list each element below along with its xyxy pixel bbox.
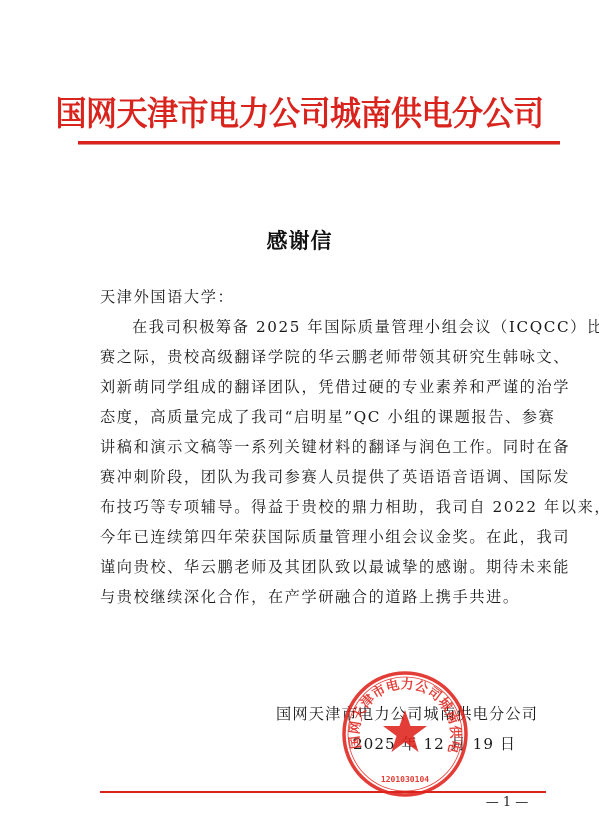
body-line: 在我司积极筹备 2025 年国际质量管理小组会议（ICQCC）比 [100, 312, 542, 342]
seal-code: 1201030104 [381, 775, 429, 784]
body-line: 与贵校继续深化合作，在产学研融合的道路上携手共进。 [100, 582, 542, 612]
body-line: 谨向贵校、华云鹏老师及其团队致以最诚挚的感谢。期待未来能 [100, 552, 542, 582]
body-line: 今年已连续第四年荣获国际质量管理小组会议金奖。在此，我司 [100, 522, 542, 552]
letterhead-red-rule [78, 141, 560, 144]
letter-body: 天津外国语大学： 在我司积极筹备 2025 年国际质量管理小组会议（ICQCC）… [100, 282, 542, 612]
body-line: 讲稿和演示文稿等一系列关键材料的翻译与润色工作。同时在备 [100, 432, 542, 462]
body-line: 赛冲刺阶段，团队为我司参赛人员提供了英语语音语调、国际发 [100, 462, 542, 492]
letter-page: 国网天津市电力公司城南供电分公司 感谢信 天津外国语大学： 在我司积极筹备 20… [0, 0, 599, 828]
page-number: — 1 — [482, 794, 532, 812]
body-line: 刘新萌同学组成的翻译团队，凭借过硬的专业素养和严谨的治学 [100, 372, 542, 402]
footer-red-rule [100, 791, 546, 793]
seal-star-icon [383, 710, 427, 752]
salutation: 天津外国语大学： [100, 282, 542, 312]
body-line: 布技巧等专项辅导。得益于贵校的鼎力相助，我司自 2022 年以来， [100, 492, 542, 522]
body-line: 赛之际，贵校高级翻译学院的华云鹏老师带领其研究生韩咏文、 [100, 342, 542, 372]
letterhead-organization-title: 国网天津市电力公司城南供电分公司 [0, 92, 599, 135]
official-seal-icon: 国网天津市电力公司城南供电分公司 1201030104 [341, 670, 469, 798]
document-heading: 感谢信 [0, 226, 599, 256]
body-line: 态度，高质量完成了我司“启明星”QC 小组的课题报告、参赛 [100, 402, 542, 432]
